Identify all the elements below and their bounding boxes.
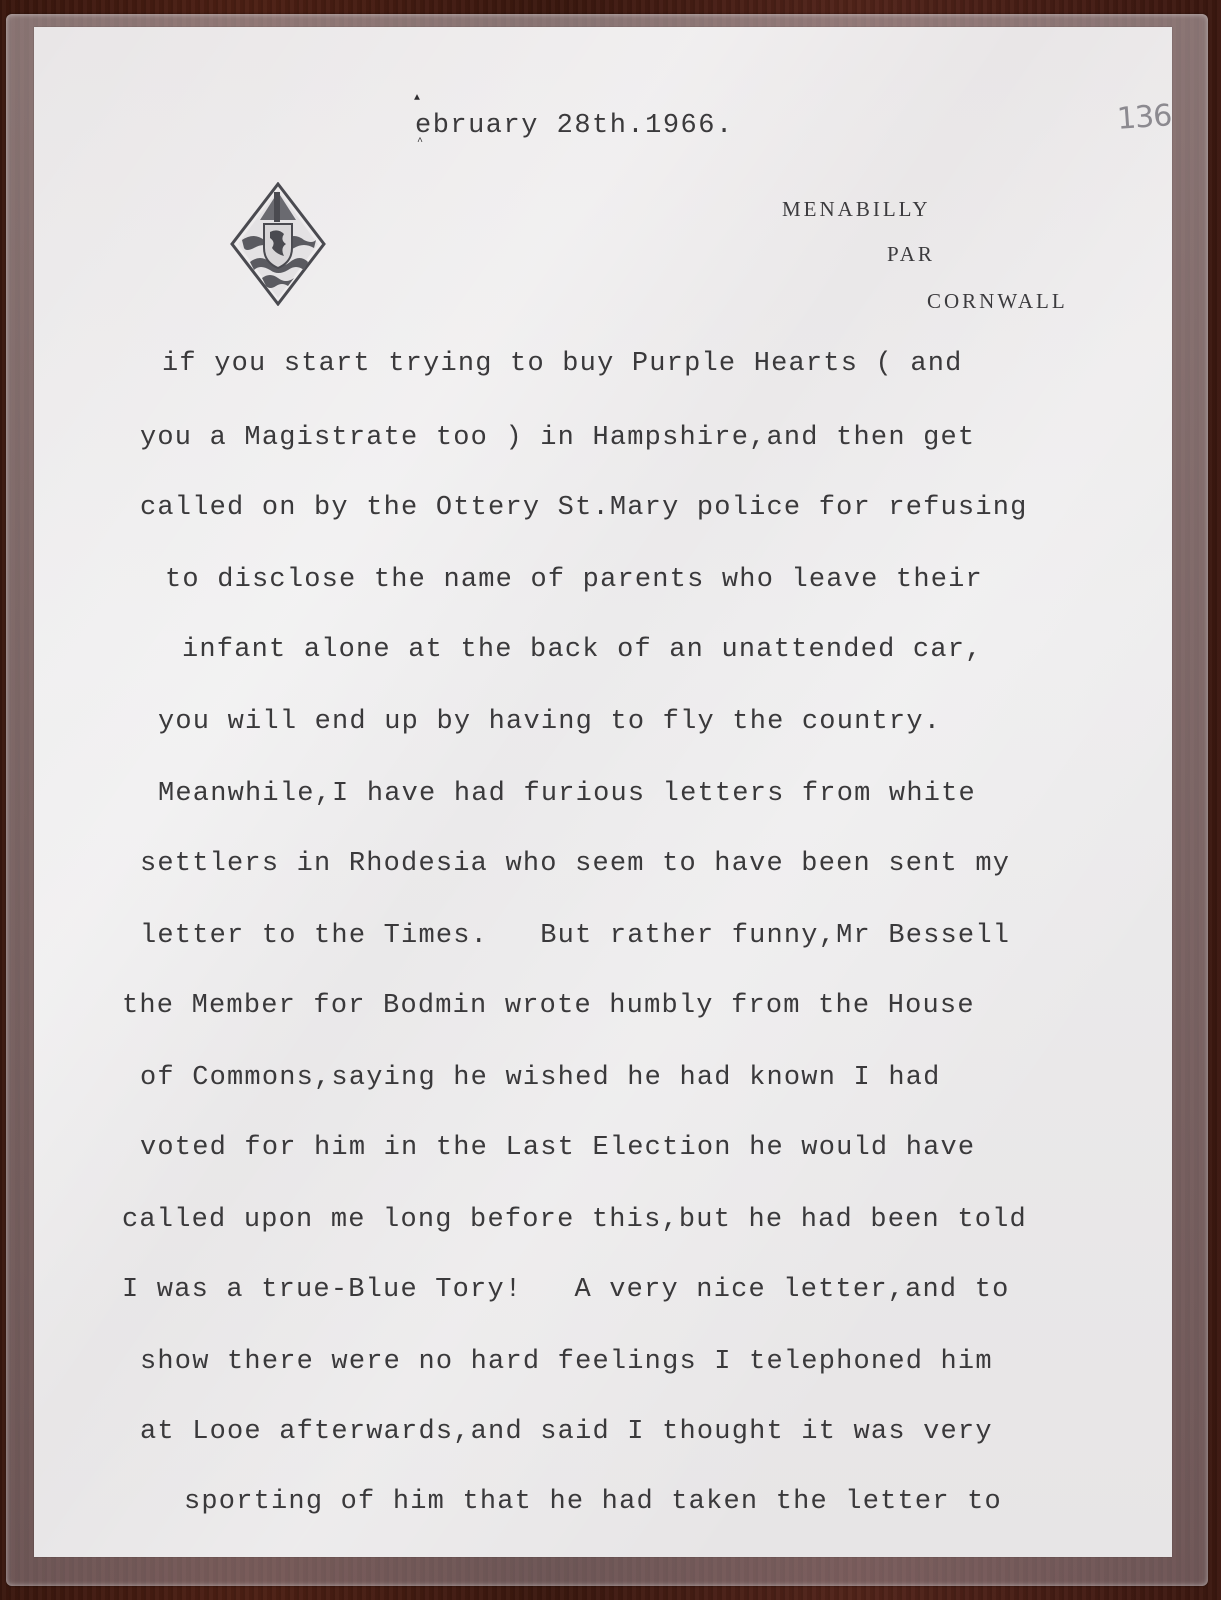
- body-line: settlers in Rhodesia who seem to have be…: [140, 849, 1010, 879]
- letter-date: ebruary 28th.1966.: [415, 111, 734, 141]
- body-line: you a Magistrate too ) in Hampshire,and …: [140, 423, 975, 453]
- body-line: the Member for Bodmin wrote humbly from …: [122, 991, 975, 1021]
- folio-number: 136: [1116, 98, 1173, 137]
- body-line: of Commons,saying he wished he had known…: [140, 1063, 941, 1093]
- body-line: sporting of him that he had taken the le…: [184, 1487, 1002, 1517]
- typo-mark: ▲: [414, 93, 420, 104]
- body-line: if you start trying to buy Purple Hearts…: [162, 349, 963, 379]
- body-line: to disclose the name of parents who leav…: [165, 565, 983, 595]
- letter-page: ▲ ^ ebruary 28th.1966. 136 MENABILLY PAR…: [34, 27, 1172, 1557]
- body-line: infant alone at the back of an unattende…: [182, 635, 983, 665]
- body-line: letter to the Times. But rather funny,Mr…: [140, 921, 1010, 951]
- crest-icon: [230, 182, 326, 306]
- body-line: called upon me long before this,but he h…: [122, 1205, 1027, 1235]
- address-line-3: CORNWALL: [927, 289, 1068, 314]
- body-line: Meanwhile,I have had furious letters fro…: [158, 779, 976, 809]
- body-line: called on by the Ottery St.Mary police f…: [140, 493, 1028, 523]
- body-line: voted for him in the Last Election he wo…: [140, 1133, 975, 1163]
- address-line-2: PAR: [887, 242, 935, 267]
- body-line: at Looe afterwards,and said I thought it…: [140, 1417, 993, 1447]
- body-line: I was a true-Blue Tory! A very nice lett…: [122, 1275, 1010, 1305]
- body-line: show there were no hard feelings I telep…: [140, 1347, 993, 1377]
- address-line-1: MENABILLY: [782, 197, 931, 222]
- body-line: you will end up by having to fly the cou…: [158, 707, 941, 737]
